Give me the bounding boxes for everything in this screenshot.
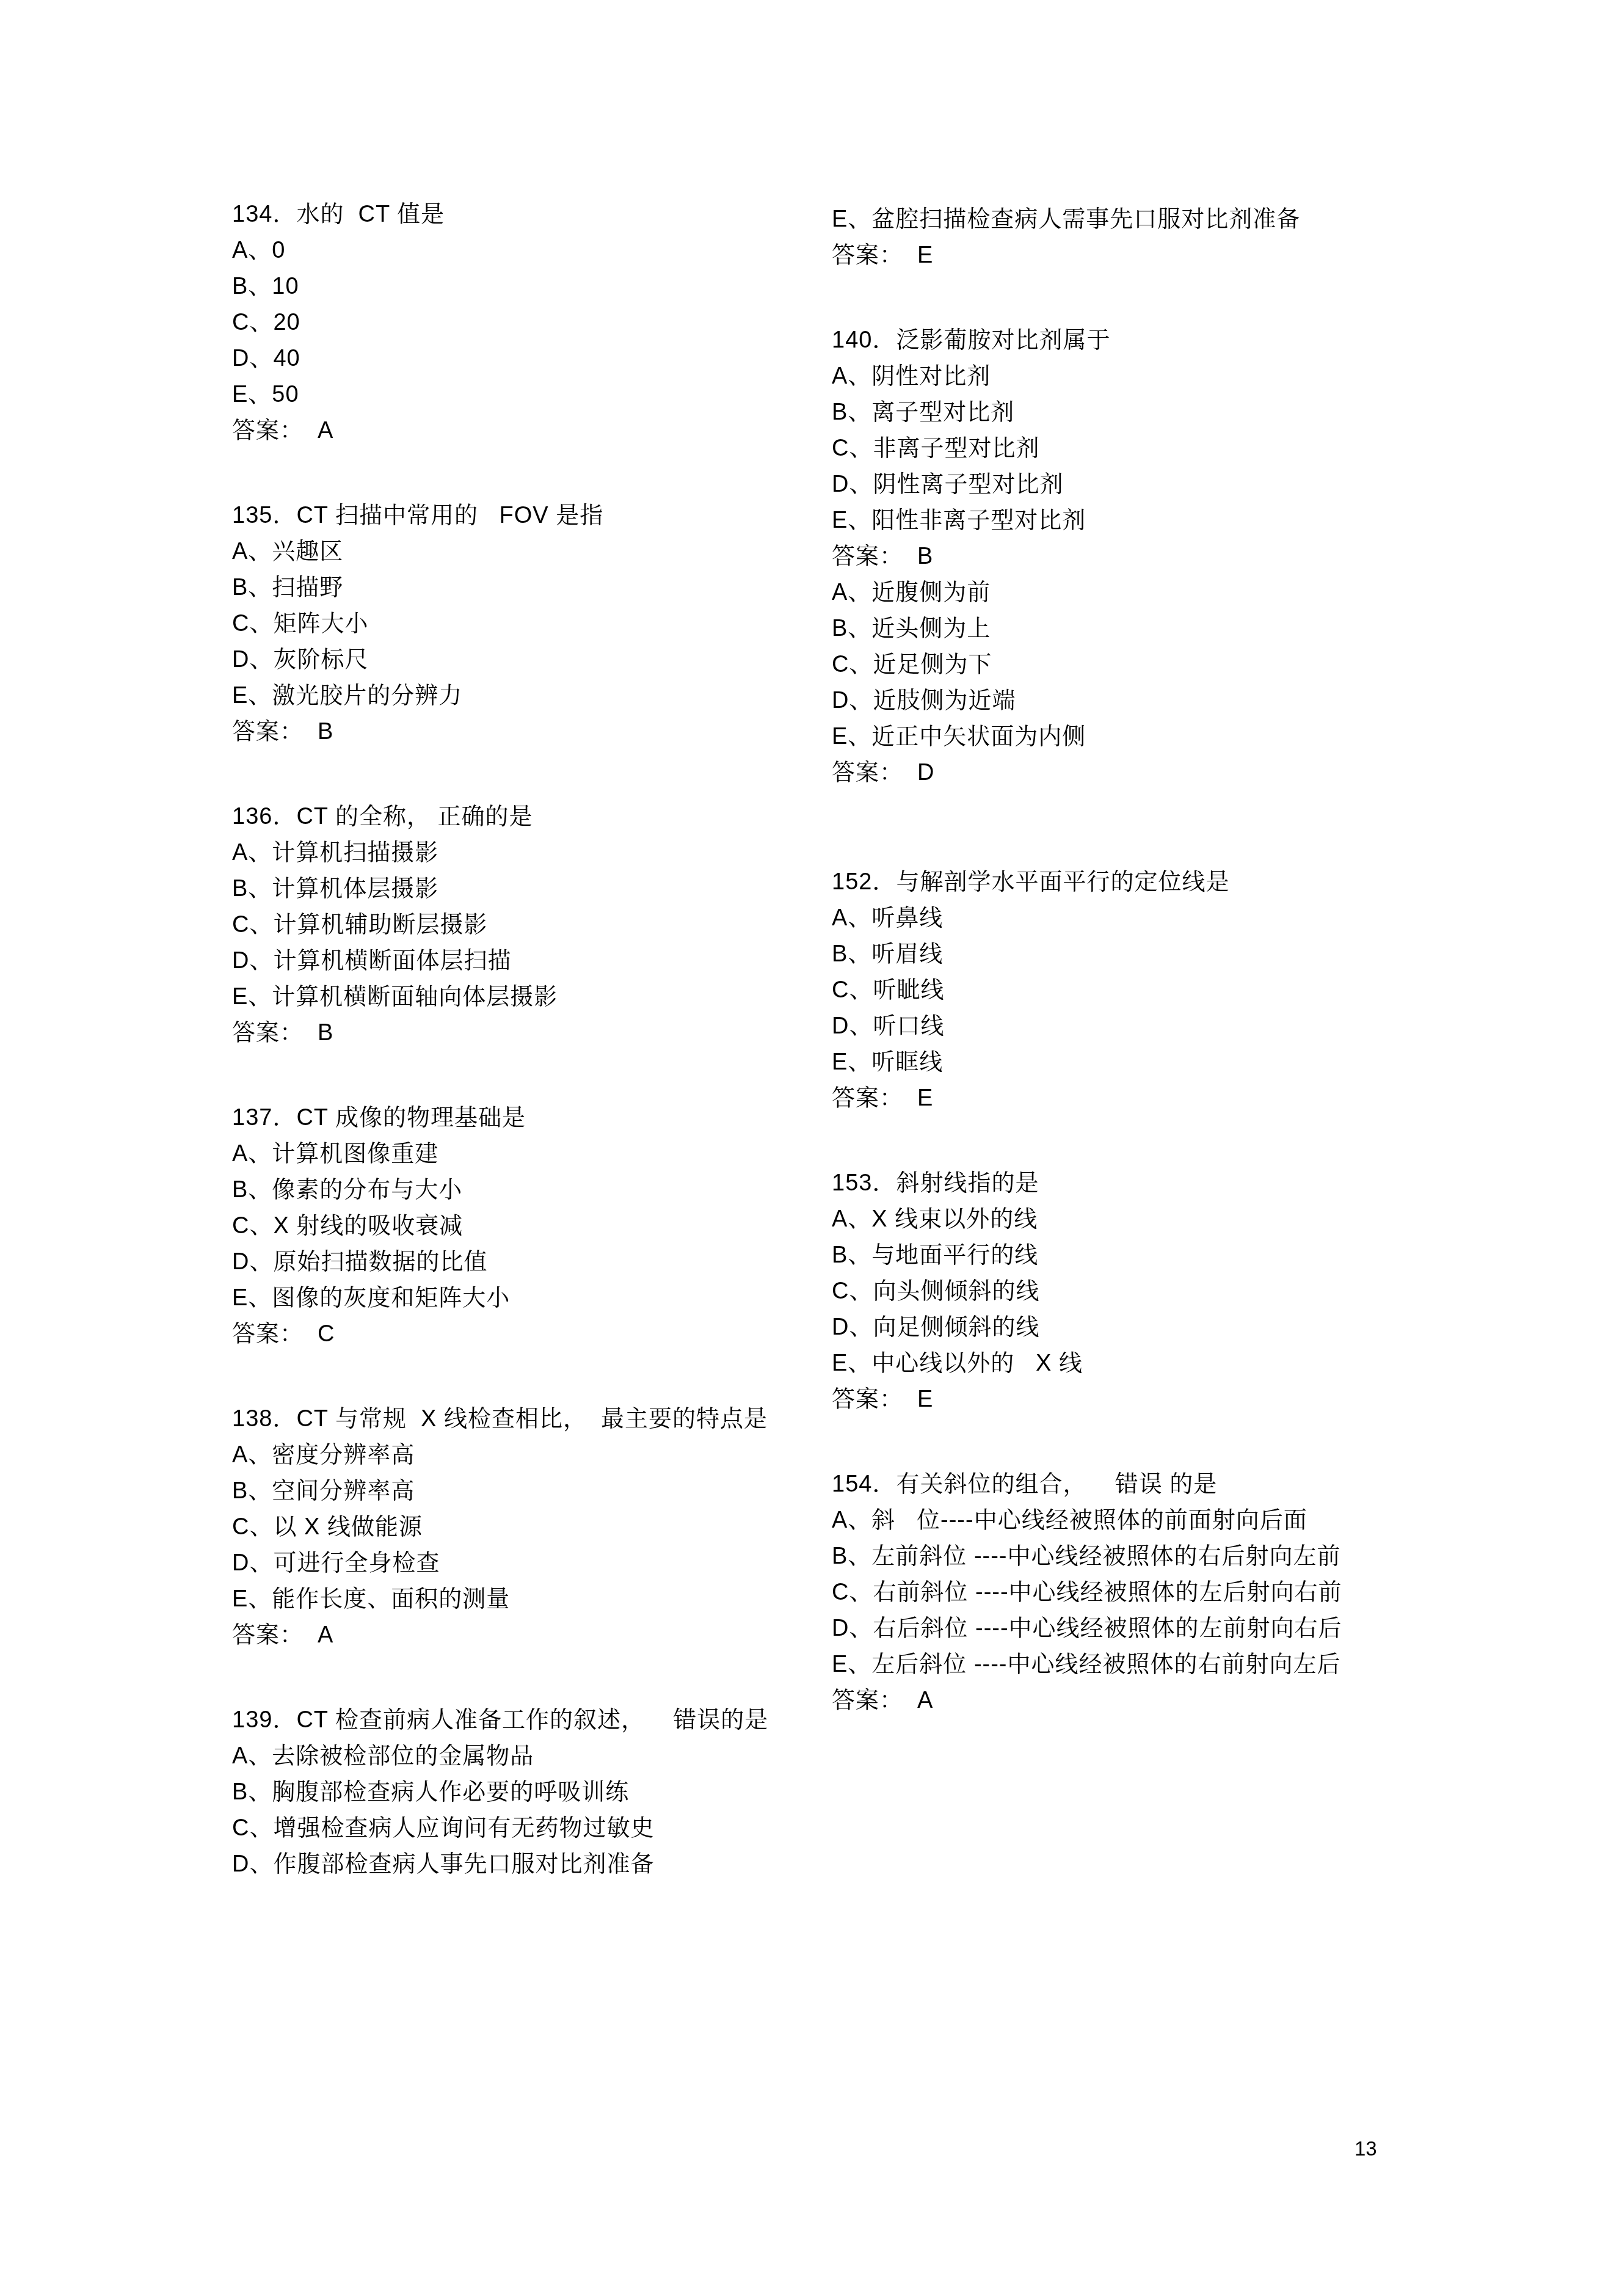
option-line: B、计算机体层摄影 <box>232 871 791 907</box>
question-stem: 152．与解剖学水平面平行的定位线是 <box>832 864 1406 900</box>
option-line: E、50 <box>232 377 791 413</box>
option-line: D、右后斜位 ----中心线经被照体的左前射向右后 <box>832 1611 1406 1647</box>
option-line: E、左后斜位 ----中心线经被照体的右前射向左后 <box>832 1647 1406 1683</box>
option-line: C、以 X 线做能源 <box>232 1509 791 1545</box>
option-line: A、计算机图像重建 <box>232 1136 791 1172</box>
option-line: E、计算机横断面轴向体层摄影 <box>232 979 791 1015</box>
option-line: B、与地面平行的线 <box>832 1237 1406 1274</box>
answer-line: 答案： C <box>232 1316 791 1352</box>
option-line: E、阳性非离子型对比剂 <box>832 503 1406 539</box>
option-line: E、能作长度、面积的测量 <box>232 1581 791 1617</box>
answer-line: 答案： B <box>232 714 791 750</box>
question-block: 139．CT 检查前病人准备工作的叙述， 错误的是A、去除被检部位的金属物品B、… <box>232 1702 791 1882</box>
option-line: E、图像的灰度和矩阵大小 <box>232 1280 791 1316</box>
question-block: E、盆腔扫描检查病人需事先口服对比剂准备答案： E <box>832 202 1406 274</box>
option-line: A、阴性对比剂 <box>832 359 1406 395</box>
answer-line: 答案： E <box>832 1081 1406 1117</box>
option-line: B、空间分辨率高 <box>232 1473 791 1509</box>
option-line: C、增强检查病人应询问有无药物过敏史 <box>232 1810 791 1846</box>
option-line: A、听鼻线 <box>832 900 1406 936</box>
question-block: 154．有关斜位的组合， 错误 的是A、斜 位----中心线经被照体的前面射向后… <box>832 1467 1406 1719</box>
page-number: 13 <box>1355 2137 1377 2161</box>
option-line: A、密度分辨率高 <box>232 1437 791 1473</box>
option-line: A、X 线束以外的线 <box>832 1201 1406 1237</box>
option-line: D、原始扫描数据的比值 <box>232 1244 791 1280</box>
option-line: C、非离子型对比剂 <box>832 431 1406 467</box>
question-stem: 138．CT 与常规 X 线检查相比， 最主要的特点是 <box>232 1401 791 1437</box>
answer-line: 答案： D <box>832 755 1406 791</box>
option-line: A、兴趣区 <box>232 534 791 570</box>
question-block: 140．泛影葡胺对比剂属于A、阴性对比剂B、离子型对比剂C、非离子型对比剂D、阴… <box>832 323 1406 575</box>
question-stem: 136．CT 的全称， 正确的是 <box>232 799 791 835</box>
option-line: B、扫描野 <box>232 570 791 606</box>
option-line: D、作腹部检查病人事先口服对比剂准备 <box>232 1846 791 1882</box>
question-stem: 153．斜射线指的是 <box>832 1165 1406 1201</box>
question-stem: 139．CT 检查前病人准备工作的叙述， 错误的是 <box>232 1702 791 1738</box>
option-line: B、10 <box>232 269 791 305</box>
answer-line: 答案： A <box>232 1617 791 1653</box>
question-block: 137．CT 成像的物理基础是A、计算机图像重建B、像素的分布与大小C、X 射线… <box>232 1100 791 1352</box>
option-line: C、右前斜位 ----中心线经被照体的左后射向右前 <box>832 1575 1406 1611</box>
question-block: 135．CT 扫描中常用的 FOV 是指A、兴趣区B、扫描野C、矩阵大小D、灰阶… <box>232 498 791 750</box>
question-block: 138．CT 与常规 X 线检查相比， 最主要的特点是A、密度分辨率高B、空间分… <box>232 1401 791 1653</box>
option-line: C、近足侧为下 <box>832 647 1406 683</box>
option-line: B、离子型对比剂 <box>832 395 1406 431</box>
answer-line: 答案： B <box>232 1015 791 1051</box>
option-line: E、中心线以外的 X 线 <box>832 1346 1406 1382</box>
question-block: 153．斜射线指的是A、X 线束以外的线B、与地面平行的线C、向头侧倾斜的线D、… <box>832 1165 1406 1418</box>
answer-line: 答案： E <box>832 1382 1406 1418</box>
question-stem: 140．泛影葡胺对比剂属于 <box>832 323 1406 359</box>
option-line: C、矩阵大小 <box>232 606 791 642</box>
option-line: D、灰阶标尺 <box>232 642 791 678</box>
option-line: C、X 射线的吸收衰减 <box>232 1208 791 1244</box>
option-line: B、左前斜位 ----中心线经被照体的右后射向左前 <box>832 1539 1406 1575</box>
question-stem: 137．CT 成像的物理基础是 <box>232 1100 791 1136</box>
option-line: D、40 <box>232 341 791 377</box>
question-block: A、近腹侧为前B、近头侧为上C、近足侧为下D、近肢侧为近端E、近正中矢状面为内侧… <box>832 575 1406 791</box>
option-line: C、计算机辅助断层摄影 <box>232 907 791 943</box>
questions-column-left: 134．水的 CT 值是A、0B、10C、20D、40E、50答案： A135．… <box>232 197 791 1882</box>
answer-line: 答案： A <box>832 1683 1406 1719</box>
question-stem: 134．水的 CT 值是 <box>232 197 791 233</box>
option-line: C、向头侧倾斜的线 <box>832 1274 1406 1310</box>
option-line: D、向足侧倾斜的线 <box>832 1310 1406 1346</box>
option-line: E、盆腔扫描检查病人需事先口服对比剂准备 <box>832 202 1406 238</box>
option-line: B、像素的分布与大小 <box>232 1172 791 1208</box>
option-line: B、近头侧为上 <box>832 611 1406 647</box>
question-block: 136．CT 的全称， 正确的是A、计算机扫描摄影B、计算机体层摄影C、计算机辅… <box>232 799 791 1051</box>
question-block: 134．水的 CT 值是A、0B、10C、20D、40E、50答案： A <box>232 197 791 449</box>
option-line: A、0 <box>232 233 791 269</box>
option-line: E、听眶线 <box>832 1044 1406 1081</box>
option-line: D、阴性离子型对比剂 <box>832 467 1406 503</box>
answer-line: 答案： B <box>832 539 1406 575</box>
option-line: D、近肢侧为近端 <box>832 683 1406 719</box>
question-stem: 135．CT 扫描中常用的 FOV 是指 <box>232 498 791 534</box>
questions-column-right: E、盆腔扫描检查病人需事先口服对比剂准备答案： E140．泛影葡胺对比剂属于A、… <box>832 202 1406 1719</box>
question-block: 152．与解剖学水平面平行的定位线是A、听鼻线B、听眉线C、听眦线D、听口线E、… <box>832 864 1406 1117</box>
question-stem: 154．有关斜位的组合， 错误 的是 <box>832 1467 1406 1503</box>
option-line: A、计算机扫描摄影 <box>232 835 791 871</box>
option-line: B、听眉线 <box>832 936 1406 972</box>
option-line: E、近正中矢状面为内侧 <box>832 719 1406 755</box>
option-line: A、近腹侧为前 <box>832 575 1406 611</box>
option-line: A、斜 位----中心线经被照体的前面射向后面 <box>832 1503 1406 1539</box>
document-page: 134．水的 CT 值是A、0B、10C、20D、40E、50答案： A135．… <box>0 0 1622 2296</box>
answer-line: 答案： E <box>832 238 1406 274</box>
option-line: C、听眦线 <box>832 972 1406 1008</box>
answer-line: 答案： A <box>232 413 791 449</box>
option-line: C、20 <box>232 305 791 341</box>
option-line: D、听口线 <box>832 1008 1406 1044</box>
option-line: A、去除被检部位的金属物品 <box>232 1738 791 1774</box>
option-line: B、胸腹部检查病人作必要的呼吸训练 <box>232 1774 791 1810</box>
option-line: D、计算机横断面体层扫描 <box>232 943 791 979</box>
option-line: D、可进行全身检查 <box>232 1545 791 1581</box>
option-line: E、激光胶片的分辨力 <box>232 678 791 714</box>
